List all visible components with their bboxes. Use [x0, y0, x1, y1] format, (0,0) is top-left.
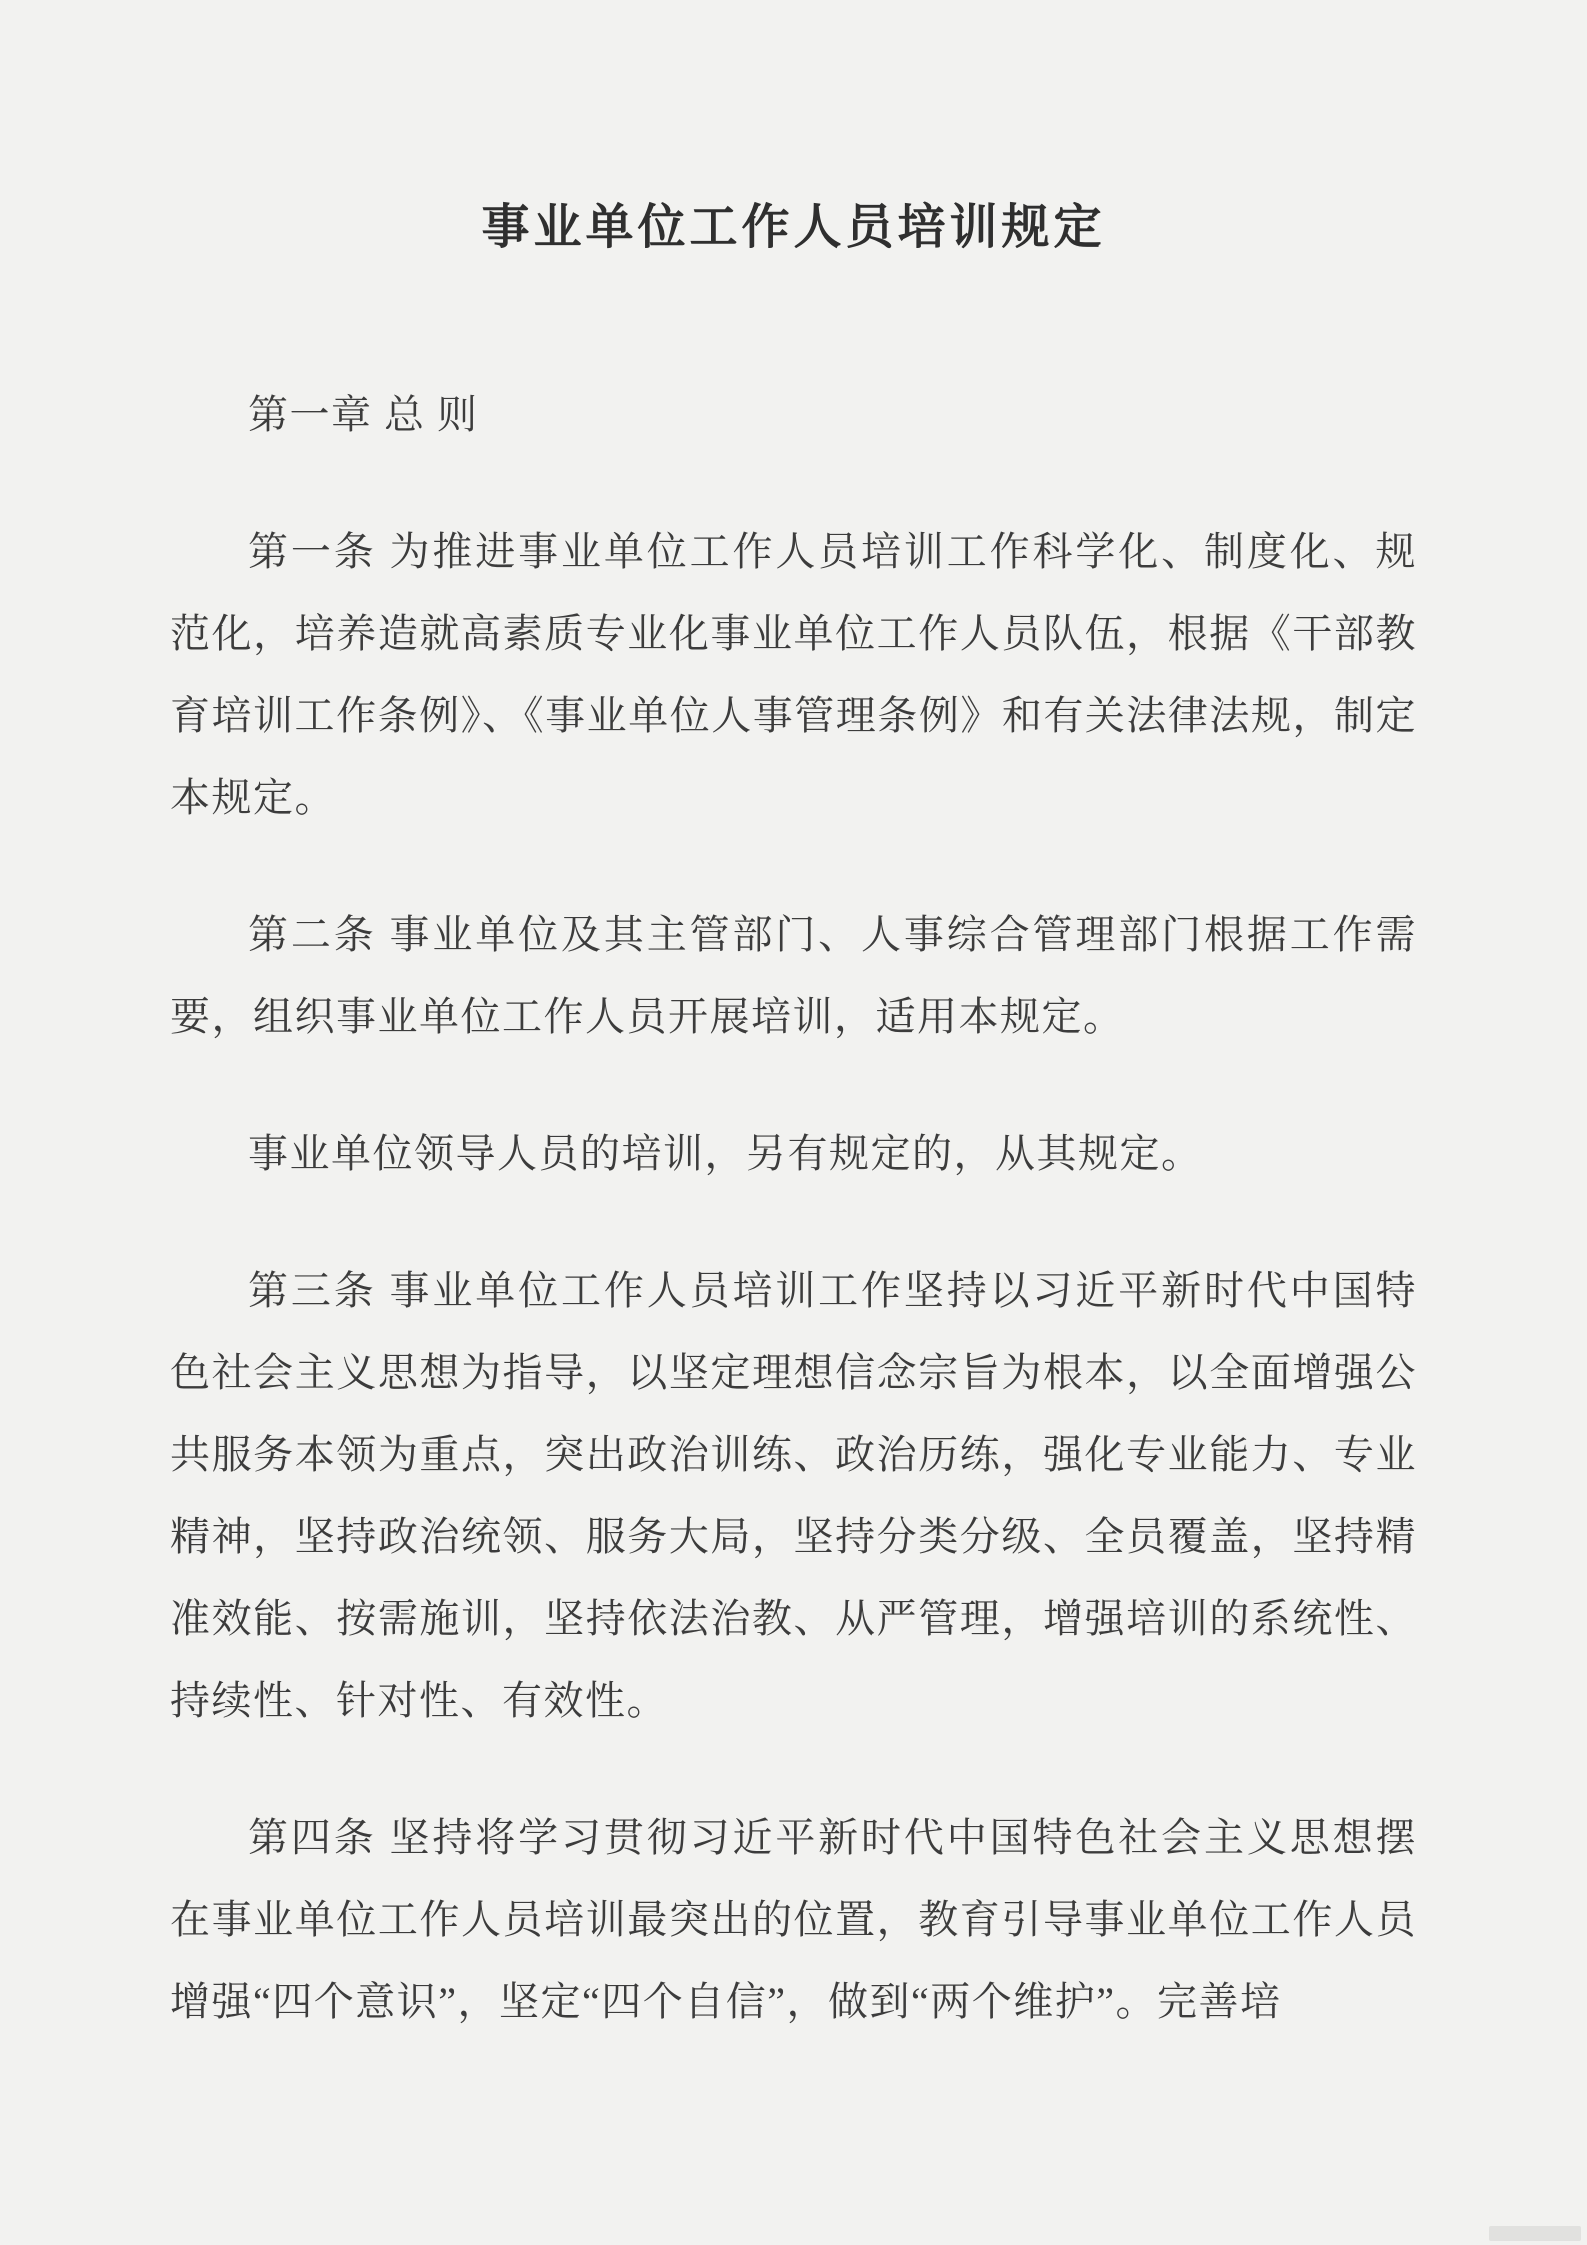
document-title: 事业单位工作人员培训规定 — [170, 202, 1417, 254]
paragraph-article-1: 第一条 为推进事业单位工作人员培训工作科学化、制度化、规范化，培养造就高素质专业… — [170, 511, 1417, 839]
paragraph-article-4: 第四条 坚持将学习贯彻习近平新时代中国特色社会主义思想摆在事业单位工作人员培训最… — [170, 1797, 1417, 2043]
chapter-heading: 第一章 总 则 — [170, 374, 1417, 456]
document-content: 事业单位工作人员培训规定 第一章 总 则 第一条 为推进事业单位工作人员培训工作… — [0, 0, 1587, 2043]
watermark — [1489, 2226, 1581, 2241]
paragraph-article-2-supplement: 事业单位领导人员的培训，另有规定的，从其规定。 — [170, 1113, 1417, 1195]
document-page: 事业单位工作人员培训规定 第一章 总 则 第一条 为推进事业单位工作人员培训工作… — [0, 0, 1587, 2245]
paragraph-article-3: 第三条 事业单位工作人员培训工作坚持以习近平新时代中国特色社会主义思想为指导，以… — [170, 1250, 1417, 1742]
paragraph-article-2: 第二条 事业单位及其主管部门、人事综合管理部门根据工作需要，组织事业单位工作人员… — [170, 894, 1417, 1058]
